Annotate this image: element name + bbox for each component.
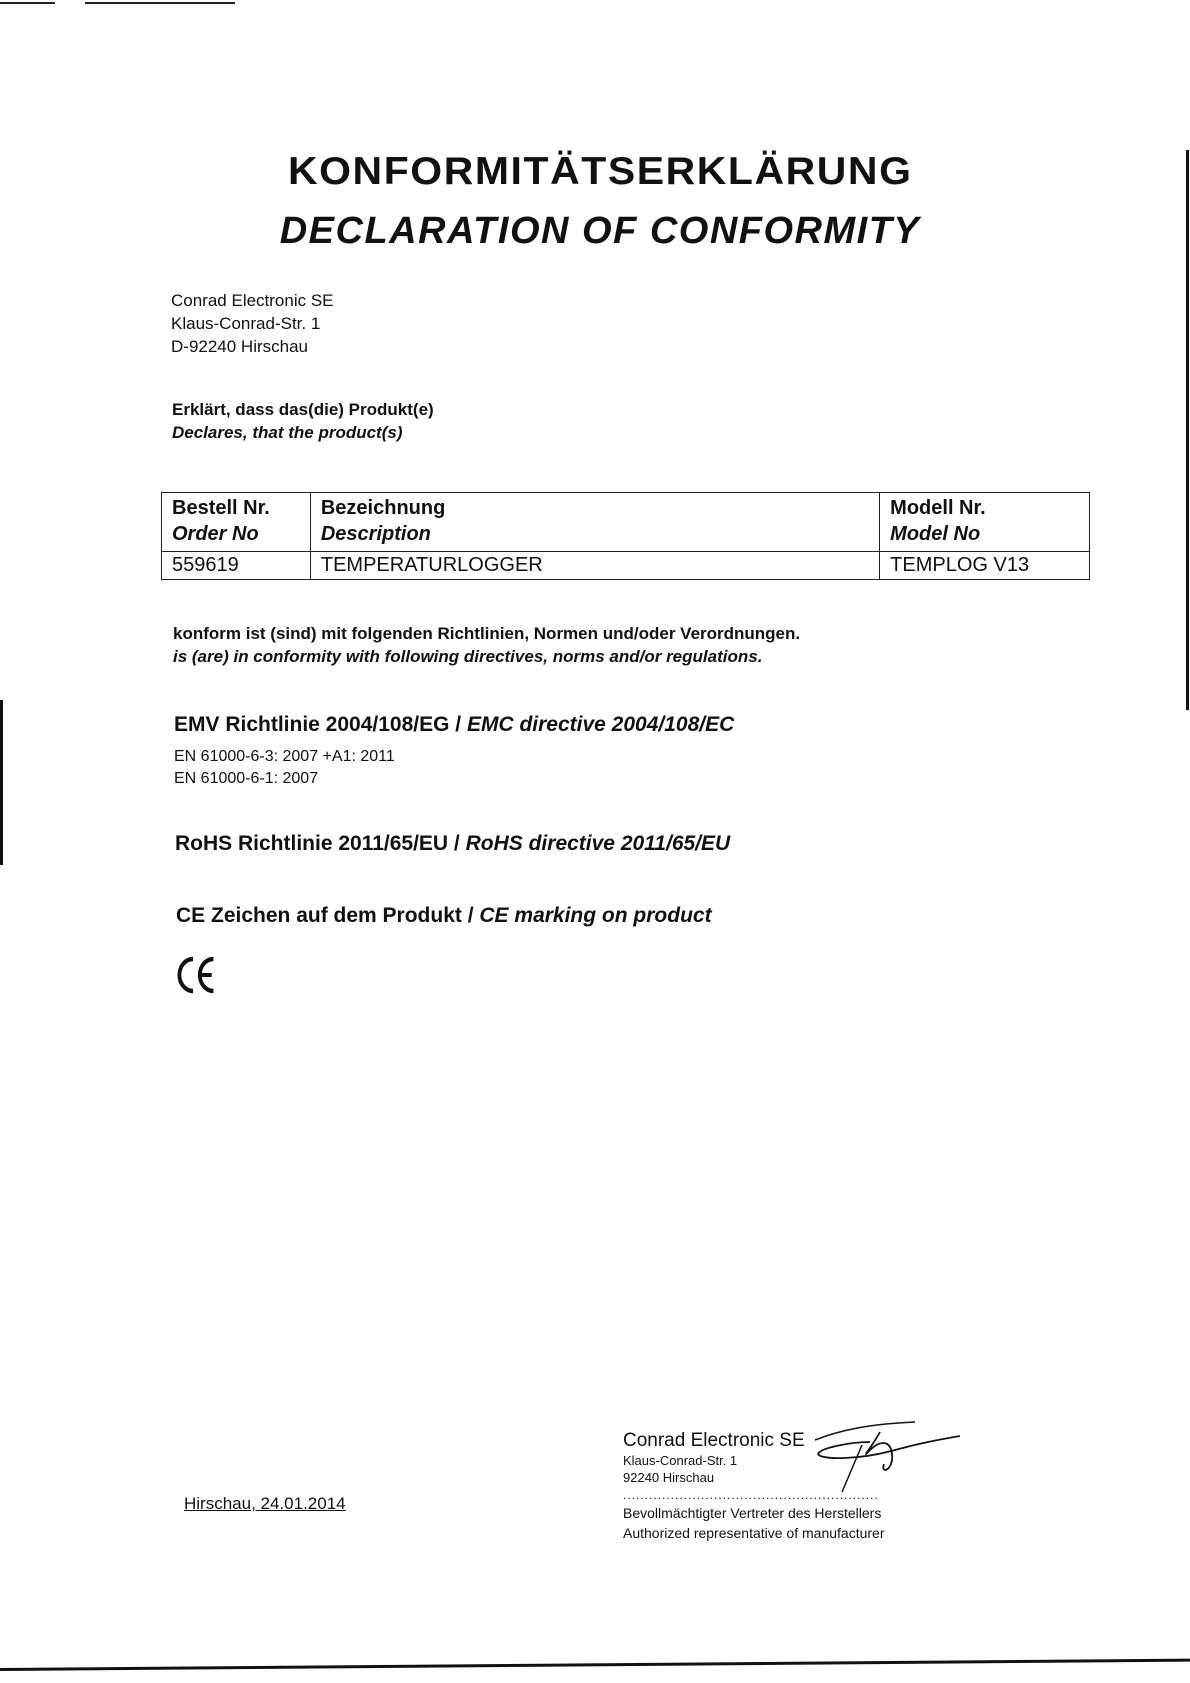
ce-logo-icon <box>176 955 220 995</box>
cell-order-no: 559619 <box>162 552 311 580</box>
header-model-no-de: Modell Nr. <box>890 495 1079 521</box>
emc-directive-heading: EMV Richtlinie 2004/108/EG / EMC directi… <box>174 713 734 737</box>
conformity-statement: konform ist (sind) mit folgenden Richtli… <box>173 622 800 668</box>
emc-norms-list: EN 61000-6-3: 2007 +A1: 2011 EN 61000-6-… <box>174 746 395 790</box>
header-model-no-en: Model No <box>890 521 1079 547</box>
manufacturer-city: D-92240 Hirschau <box>171 335 334 358</box>
emc-norm: EN 61000-6-3: 2007 +A1: 2011 <box>174 746 395 768</box>
rohs-directive-de: RoHS Richtlinie 2011/65/EU / <box>175 832 466 855</box>
manufacturer-address: Conrad Electronic SE Klaus-Conrad-Str. 1… <box>171 289 334 358</box>
title-english: DECLARATION OF CONFORMITY <box>0 210 1190 253</box>
signatory-role-de: Bevollmächtigter Vertreter des Herstelle… <box>623 1504 884 1522</box>
cell-model-no: TEMPLOG V13 <box>880 552 1090 580</box>
table-header-row: Bestell Nr. Order No Bezeichnung Descrip… <box>162 493 1090 552</box>
scan-artifact-top-left <box>0 2 55 4</box>
signatory-role-en: Authorized representative of manufacture… <box>623 1524 884 1542</box>
emc-directive-en: EMC directive 2004/108/EC <box>467 713 734 736</box>
title-german: KONFORMITÄTSERKLÄRUNG <box>0 150 1190 194</box>
emc-norm: EN 61000-6-1: 2007 <box>174 768 395 790</box>
place-and-date: Hirschau, 24.01.2014 <box>184 1494 346 1514</box>
header-order-no-de: Bestell Nr. <box>172 495 300 521</box>
table-row: 559619 TEMPERATURLOGGER TEMPLOG V13 <box>162 552 1090 580</box>
scan-artifact-top <box>85 2 235 4</box>
declares-statement: Erklärt, dass das(die) Produkt(e) Declar… <box>172 398 434 444</box>
ce-marking-de: CE Zeichen auf dem Produkt / <box>176 904 479 927</box>
emc-directive-de: EMV Richtlinie 2004/108/EG / <box>174 713 467 736</box>
manufacturer-street: Klaus-Conrad-Str. 1 <box>171 312 334 335</box>
declares-english: Declares, that the product(s) <box>172 421 434 444</box>
header-description-en: Description <box>321 521 869 547</box>
declares-german: Erklärt, dass das(die) Produkt(e) <box>172 398 434 421</box>
handwritten-signature-icon <box>800 1420 960 1500</box>
ce-marking-en: CE marking on product <box>479 904 711 927</box>
scan-artifact-left-edge <box>0 700 3 865</box>
conformity-german: konform ist (sind) mit folgenden Richtli… <box>173 622 800 645</box>
header-description: Bezeichnung Description <box>310 493 879 552</box>
scan-artifact-bottom-edge <box>0 1659 1190 1671</box>
manufacturer-name: Conrad Electronic SE <box>171 289 334 312</box>
header-model-no: Modell Nr. Model No <box>880 493 1090 552</box>
rohs-directive-en: RoHS directive 2011/65/EU <box>466 832 731 855</box>
cell-description: TEMPERATURLOGGER <box>310 552 879 580</box>
rohs-directive-heading: RoHS Richtlinie 2011/65/EU / RoHS direct… <box>175 832 730 856</box>
conformity-english: is (are) in conformity with following di… <box>173 645 800 668</box>
ce-marking-heading: CE Zeichen auf dem Produkt / CE marking … <box>176 904 712 928</box>
ce-mark-icon <box>176 955 220 1005</box>
header-description-de: Bezeichnung <box>321 495 869 521</box>
product-table: Bestell Nr. Order No Bezeichnung Descrip… <box>161 492 1090 580</box>
header-order-no-en: Order No <box>172 521 300 547</box>
header-order-no: Bestell Nr. Order No <box>162 493 311 552</box>
